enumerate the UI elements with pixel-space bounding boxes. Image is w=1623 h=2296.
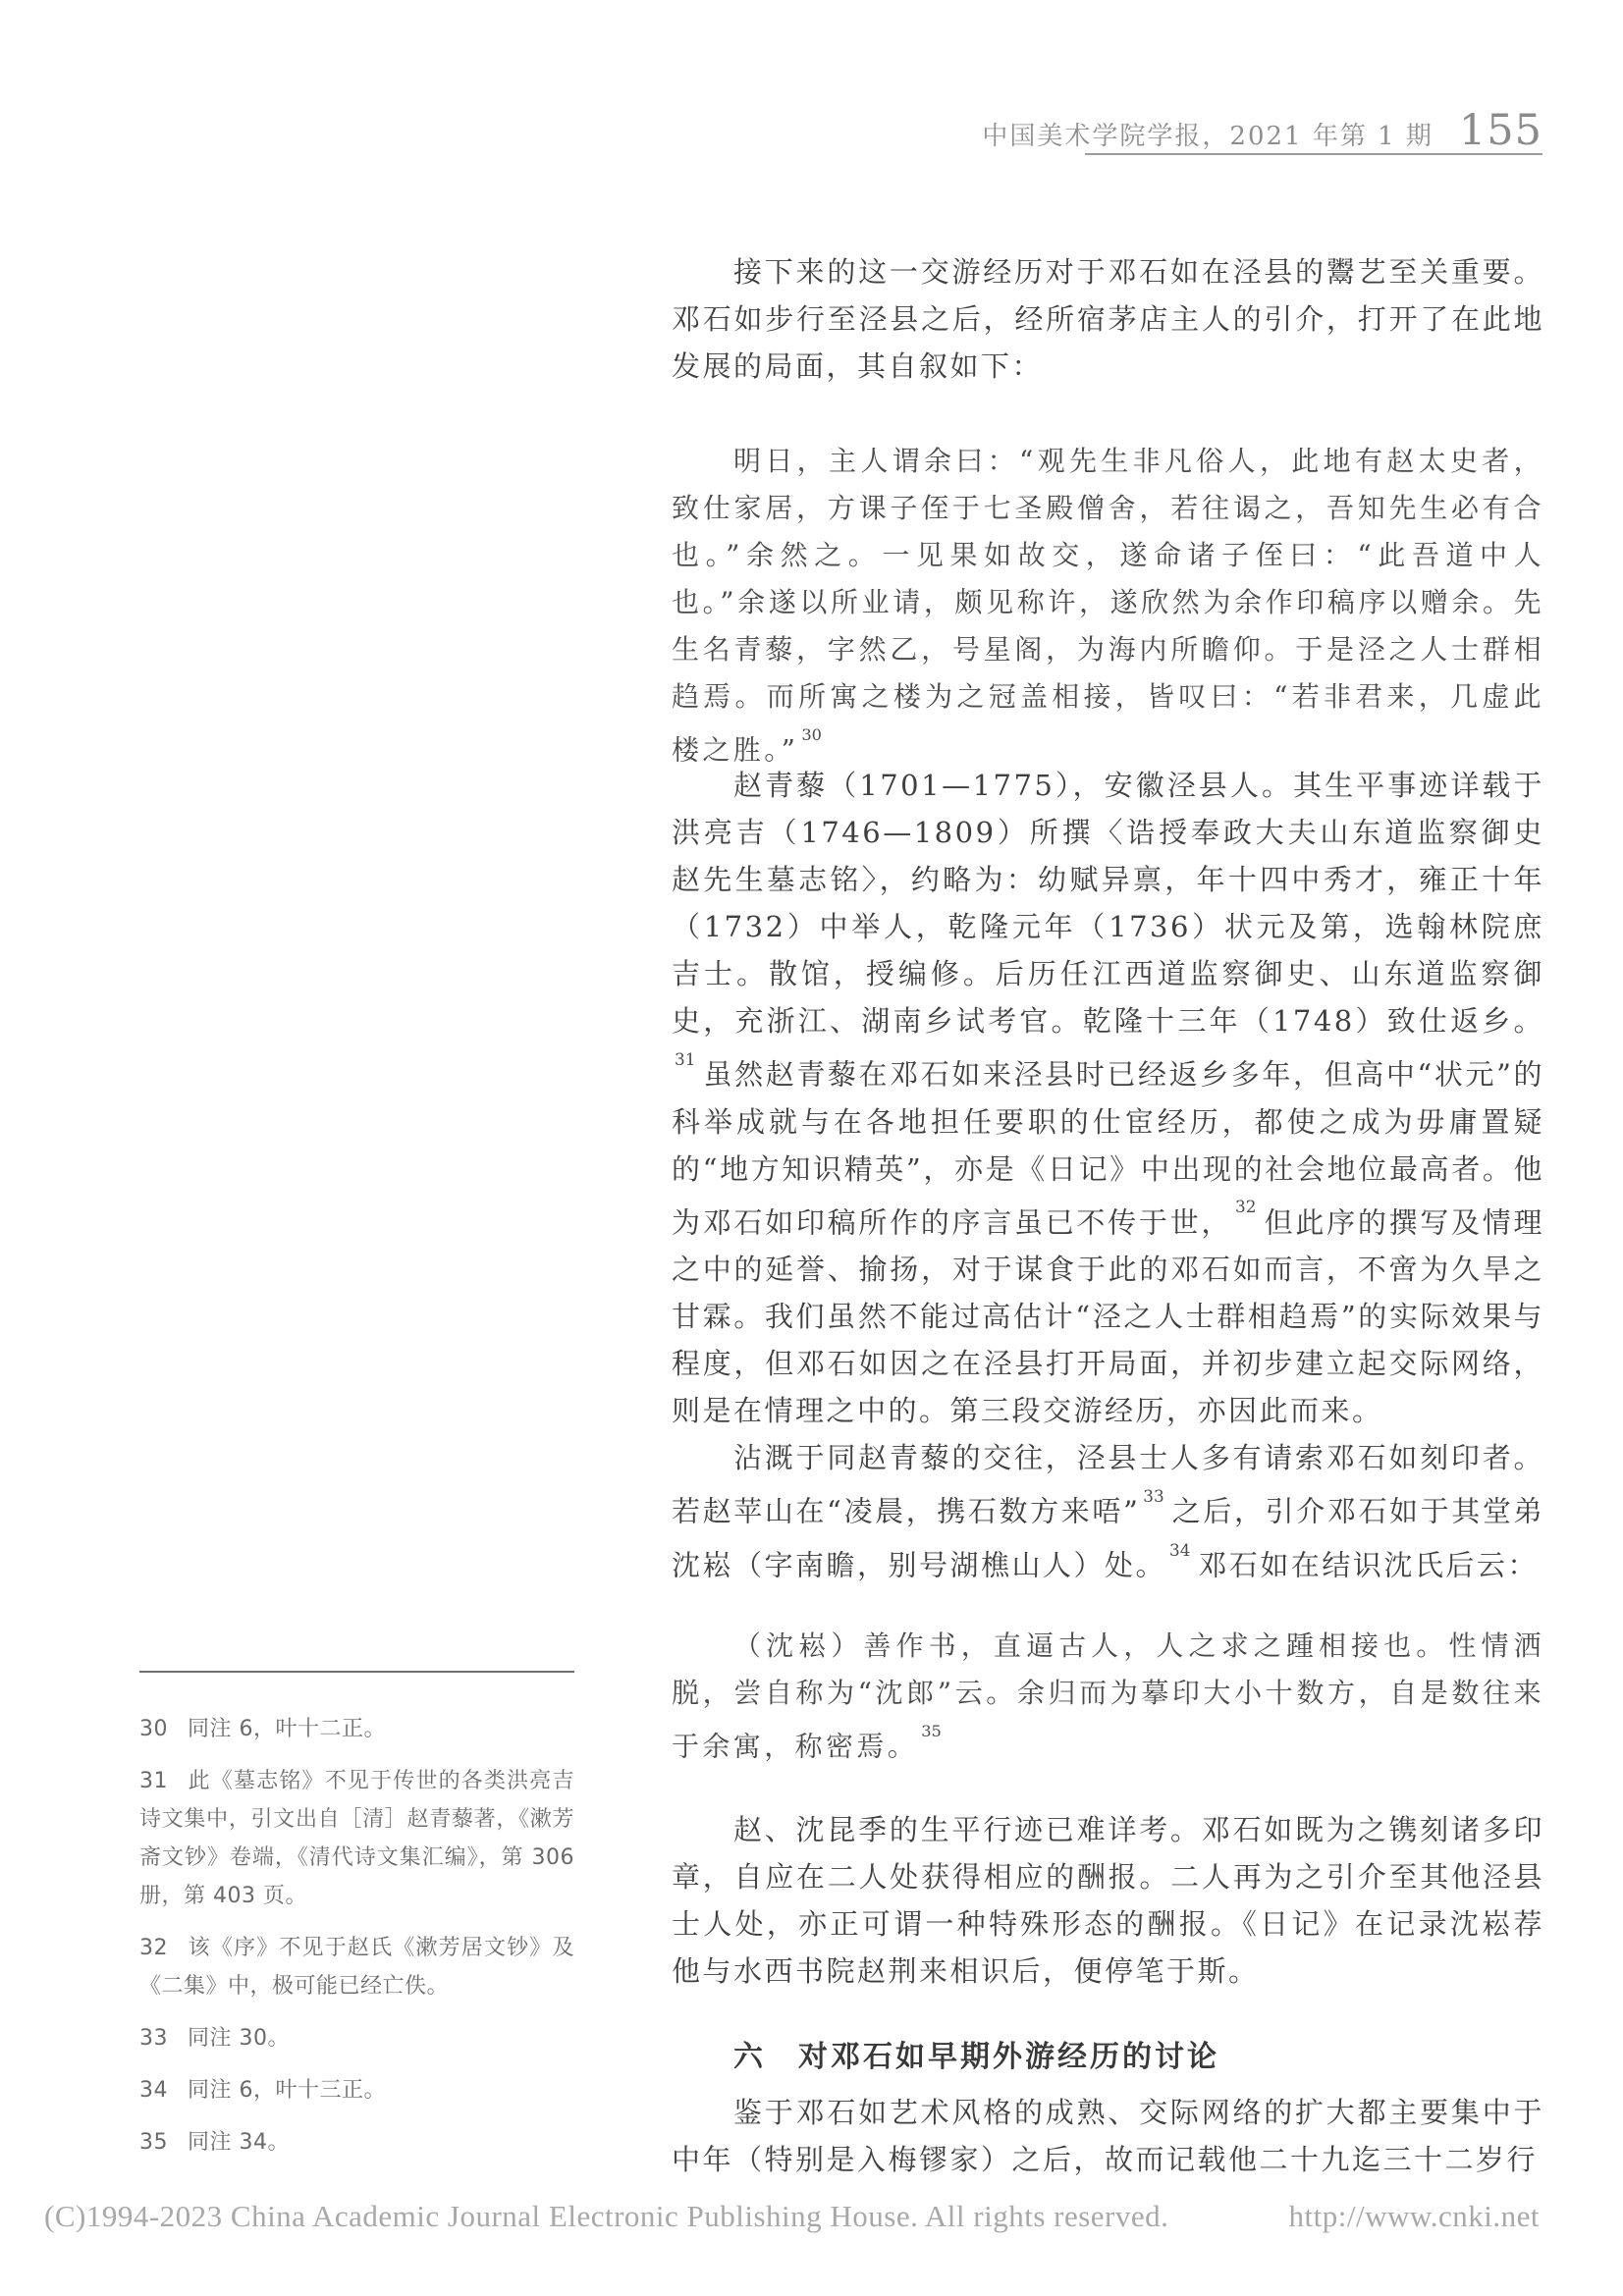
journal-title: 中国美术学院学报，2021 年第 1 期: [982, 116, 1434, 152]
footnote-32: 32该《序》不见于赵氏《漱芳居文钞》及《二集》中，极可能已经亡佚。: [139, 1929, 574, 2005]
paragraph-text: 邓石如在结识沈氏后云：: [1198, 1549, 1539, 1582]
paragraph-reward-discussion: 赵、沈昆季的生平行迹已难详考。邓石如既为之镌刻诸多印章，自应在二人处获得相应的酬…: [672, 1806, 1544, 1995]
journal-page: 中国美术学院学报，2021 年第 1 期 155 接下来的这一交游经历对于邓石如…: [0, 0, 1623, 2296]
section-heading-six: 六 对邓石如早期外游经历的讨论: [672, 2034, 1606, 2081]
footnote-divider: [139, 1671, 574, 1673]
footnote-text: 同注 6，叶十二正。: [188, 1717, 386, 1741]
footnote-ref-34: 34: [1169, 1540, 1190, 1560]
footnote-text: 同注 34。: [188, 2130, 290, 2155]
footnote-text: 同注 6，叶十三正。: [188, 2078, 386, 2103]
footnote-number: 35: [139, 2130, 168, 2155]
quotation-deng-self-narrative: 明日，主人谓余曰：“观先生非凡俗人，此地有赵太史者，致仕家居，方课子侄于七圣殿僧…: [672, 438, 1544, 774]
quotation-text: 明日，主人谓余曰：“观先生非凡俗人，此地有赵太史者，致仕家居，方课子侄于七圣殿僧…: [672, 445, 1544, 766]
footnote-34: 34同注 6，叶十三正。: [139, 2071, 574, 2109]
footnote-33: 33同注 30。: [139, 2019, 574, 2057]
footnote-text: 同注 30。: [188, 2026, 290, 2051]
paragraph-intro: 接下来的这一交游经历对于邓石如在泾县的鬻艺至关重要。邓石如步行至泾县之后，经所宿…: [672, 248, 1544, 390]
main-paragraph-group: 赵青藜（1701—1775），安徽泾县人。其生平事迹详载于洪亮吉（1746—18…: [672, 762, 1544, 1589]
footnote-number: 31: [139, 1769, 168, 1793]
footnote-ref-30: 30: [801, 725, 822, 744]
footnote-ref-35: 35: [921, 1722, 942, 1740]
footnote-number: 33: [139, 2026, 168, 2051]
page-footer: (C)1994-2023 China Academic Journal Elec…: [44, 2199, 1540, 2234]
footnote-number: 34: [139, 2078, 168, 2103]
footnote-ref-31: 31: [675, 1049, 695, 1069]
footnote-35: 35同注 34。: [139, 2123, 574, 2162]
page-number: 155: [1459, 106, 1542, 155]
footnote-text: 该《序》不见于赵氏《漱芳居文钞》及《二集》中，极可能已经亡佚。: [139, 1936, 574, 1999]
footnote-number: 30: [139, 1717, 168, 1741]
footnote-area: 30同注 6，叶十二正。 31此《墓志铭》不见于传世的各类洪亮吉诗文集中，引文出…: [139, 1671, 574, 2175]
footnote-30: 30同注 6，叶十二正。: [139, 1710, 574, 1748]
paragraph-text: 赵青藜（1701—1775），安徽泾县人。其生平事迹详载于洪亮吉（1746—18…: [672, 769, 1544, 1038]
quotation-shen-song: （沈崧）善作书，直逼古人，人之求之踵相接也。性情洒脱，尝自称为“沈郎”云。余归而…: [672, 1623, 1544, 1770]
page-header: 中国美术学院学报，2021 年第 1 期 155: [982, 106, 1542, 155]
header-divider: [1085, 153, 1542, 155]
footnote-text: 此《墓志铭》不见于传世的各类洪亮吉诗文集中，引文出自［清］赵青藜著，《漱芳斋文钞…: [139, 1769, 574, 1908]
paragraph-zhao-qingli: 赵青藜（1701—1775），安徽泾县人。其生平事迹详载于洪亮吉（1746—18…: [672, 762, 1544, 1434]
copyright-text: (C)1994-2023 China Academic Journal Elec…: [44, 2199, 1168, 2234]
footnote-ref-32: 32: [1235, 1197, 1256, 1216]
cnki-url: http://www.cnki.net: [1289, 2199, 1540, 2234]
paragraph-shen-song-intro: 沾溉于同赵青藜的交往，泾县士人多有请索邓石如刻印者。若赵苹山在“凌晨，携石数方来…: [672, 1434, 1544, 1588]
quotation-text: （沈崧）善作书，直逼古人，人之求之踵相接也。性情洒脱，尝自称为“沈郎”云。余归而…: [672, 1629, 1544, 1762]
paragraph-section-six-intro: 鉴于邓石如艺术风格的成熟、交际网络的扩大都主要集中于中年（特别是入梅镠家）之后，…: [672, 2089, 1544, 2183]
footnote-ref-33: 33: [1143, 1486, 1163, 1506]
footnote-number: 32: [139, 1936, 168, 1960]
footnote-31: 31此《墓志铭》不见于传世的各类洪亮吉诗文集中，引文出自［清］赵青藜著，《漱芳斋…: [139, 1762, 574, 1915]
